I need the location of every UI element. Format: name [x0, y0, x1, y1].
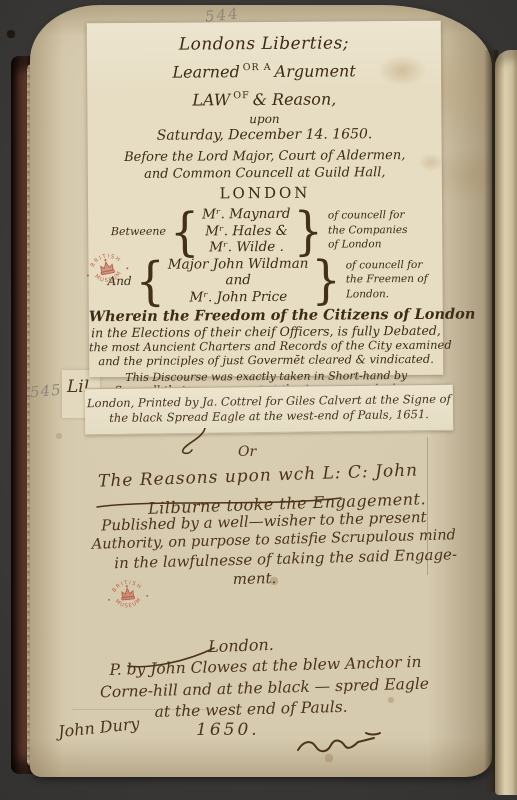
of-word: OF	[233, 90, 249, 101]
british-museum-stamp: BRITISH MUSEUM	[102, 570, 155, 625]
stamp-dot	[87, 274, 89, 276]
party: Mʳ. Hales &	[202, 222, 291, 239]
foxing-spots	[0, 0, 2, 2]
party: and	[168, 272, 309, 289]
covered-writing-tail	[175, 428, 215, 456]
betweene-label: Betweene	[111, 225, 170, 238]
curled-next-page-edge	[495, 50, 517, 795]
close-brace: }	[311, 254, 341, 306]
and-label: And	[108, 274, 136, 288]
open-brace: {	[170, 205, 200, 257]
pen-squiggle-flourish	[296, 730, 398, 760]
stamp-dot	[146, 595, 148, 597]
wherein-line-4: and the principles of just Govermēt clea…	[89, 352, 443, 368]
date-note: 1650.	[196, 720, 260, 740]
betweene-group: Betweene { Mʳ. Maynard Mʳ. Hales & Mʳ. W…	[82, 205, 436, 257]
reason-word: & Reason,	[253, 90, 337, 110]
subtitle-or-a: OR A	[243, 62, 272, 73]
subtitle-argument: Argument	[275, 61, 356, 81]
printer-note: P. by John Clowes at the blew Anchor in …	[95, 652, 430, 725]
betweene-parties: Mʳ. Maynard Mʳ. Hales & Mʳ. Wilde .	[199, 206, 294, 256]
upon-line: upon	[87, 111, 441, 127]
stamp-dot	[108, 599, 110, 601]
party: Mʳ. Maynard	[202, 206, 291, 223]
pen-strike-flourish	[95, 495, 345, 511]
role-line: the Companies	[328, 223, 408, 238]
and-parties: Major John Wildman and Mʳ. John Price	[165, 255, 312, 306]
and-group: And { Major John Wildman and Mʳ. John Pr…	[90, 254, 444, 306]
party: Mʳ. John Price	[168, 288, 309, 305]
margin-folio-pencil: 545	[29, 381, 62, 402]
imprint-slip: London, Printed by Ja. Cottrel for Giles…	[85, 384, 454, 435]
law-reason-line: LAWOF& Reason,	[87, 89, 441, 110]
city-line: LONDON	[88, 183, 442, 203]
open-brace: {	[135, 255, 165, 307]
pasted-title-page: BRITISH MUSEUM Londons Liberties; Learne…	[87, 21, 443, 377]
subtitle-learned: Learned	[172, 62, 239, 81]
date-line: Saturday, December 14. 1650.	[88, 126, 442, 144]
before-line-2: and Common Councell at Guild Hall,	[88, 165, 442, 182]
betweene-role: of councell for the Companies of London	[323, 208, 408, 252]
role-line: of councell for	[328, 208, 408, 223]
or-heading: Or	[238, 444, 256, 460]
party: Major John Wildman	[168, 255, 309, 272]
subtitle-line: LearnedOR AArgument	[87, 61, 441, 82]
role-line: London.	[346, 286, 428, 301]
before-line-1: Before the Lord Major, Court of Aldermen…	[88, 148, 442, 165]
role-line: the Freemen of	[346, 272, 428, 287]
title-line: Londons Liberties;	[87, 21, 441, 55]
role-line: of councell for	[346, 257, 428, 272]
photographed-book-page: 544 BRITISH MUSEUM Londons Liberties; Le…	[0, 0, 517, 800]
imprint-line-2: the black Spread Eagle at the west-end o…	[85, 407, 453, 426]
law-word: LAW	[192, 90, 230, 109]
and-role: of councell for the Freemen of London.	[341, 257, 428, 301]
party: Mʳ. Wilde .	[202, 239, 291, 256]
